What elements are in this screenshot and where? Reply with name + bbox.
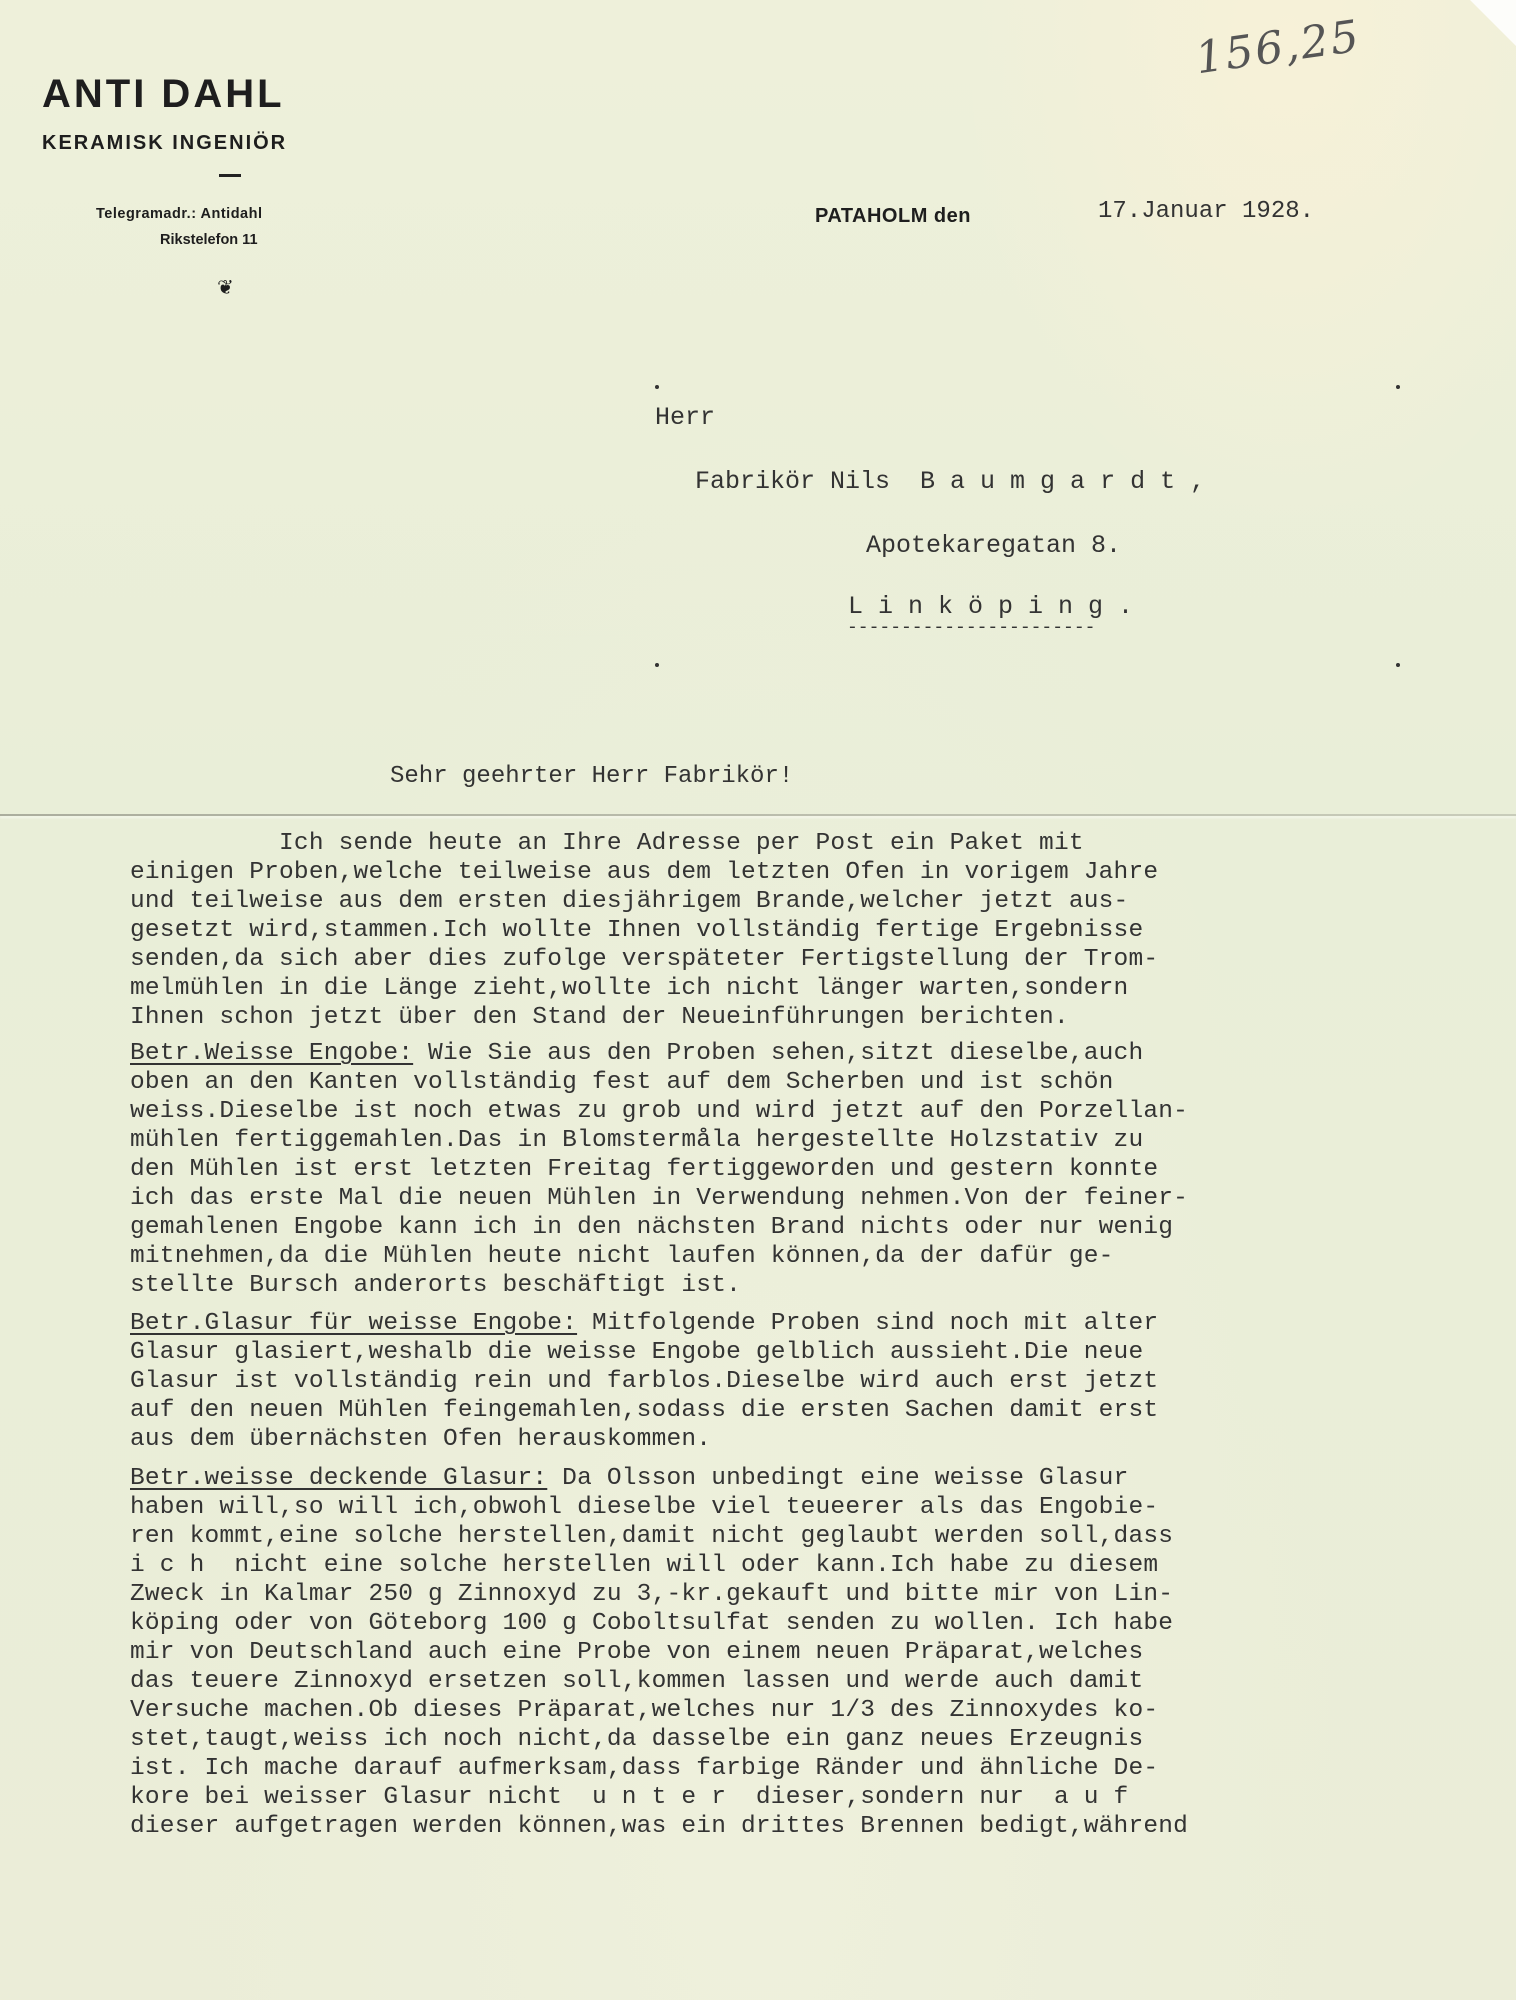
body-line: mitnehmen,da die Mühlen heute nicht lauf… (130, 1243, 1114, 1270)
body-line: Zweck in Kalmar 250 g Zinnoxyd zu 3,-kr.… (130, 1581, 1173, 1608)
body-line: Glasur glasiert,weshalb die weisse Engob… (130, 1339, 1143, 1366)
body-line: weiss.Dieselbe ist noch etwas zu grob un… (130, 1098, 1188, 1125)
body-line: gemahlenen Engobe kann ich in den nächst… (130, 1214, 1173, 1241)
pencil-annotation: 156,25 (1192, 11, 1363, 85)
recipient-city: L i n k ö p i n g . (848, 592, 1133, 621)
body-line: Versuche machen.Ob dieses Präparat,welch… (130, 1697, 1158, 1724)
recipient-street: Apotekaregatan 8. (866, 531, 1121, 560)
section-heading: Betr.Glasur für weisse Engobe: (130, 1310, 577, 1337)
body-line: i c h nicht eine solche herstellen will … (130, 1552, 1158, 1579)
recipient-salutation-title: Herr (655, 403, 715, 432)
place-label: PATAHOLM den (815, 205, 971, 228)
recipient-name: Fabrikör Nils B a u m g a r d t , (695, 467, 1205, 496)
body-line: ren kommt,eine solche herstellen,damit n… (130, 1523, 1173, 1550)
body-line: aus dem übernächsten Ofen herauskommen. (130, 1426, 711, 1453)
phone-number: Rikstelefon 11 (160, 232, 258, 248)
salutation: Sehr geehrter Herr Fabrikör! (390, 763, 793, 790)
body-line: dieser aufgetragen werden können,was ein… (130, 1813, 1188, 1840)
sender-title: KERAMISK INGENIÖR (42, 132, 287, 155)
body-line: auf den neuen Mühlen feingemahlen,sodass… (130, 1397, 1158, 1424)
body-line: Glasur ist vollständig rein und farblos.… (130, 1368, 1158, 1395)
torn-corner (1470, 0, 1516, 46)
section-heading: Betr.Weisse Engobe: (130, 1040, 413, 1067)
body-line: oben an den Kanten vollständig fest auf … (130, 1069, 1114, 1096)
body-line: köping oder von Göteborg 100 g Coboltsul… (130, 1610, 1173, 1637)
sender-name: ANTI DAHL (42, 72, 285, 117)
body-line: gesetzt wird,stammen.Ich wollte Ihnen vo… (130, 917, 1143, 944)
body-line: kore bei weisser Glasur nicht u n t e r … (130, 1784, 1128, 1811)
body-line: ich das erste Mal die neuen Mühlen in Ve… (130, 1185, 1188, 1212)
ornament-icon: ❦ (217, 275, 234, 300)
city-underline: ----------------------- (847, 618, 1095, 638)
body-line: ist. Ich mache darauf aufmerksam,dass fa… (130, 1755, 1158, 1782)
body-line: mir von Deutschland auch eine Probe von … (130, 1639, 1143, 1666)
body-line: stellte Bursch anderorts beschäftigt ist… (130, 1272, 741, 1299)
letter-date: 17.Januar 1928. (1098, 198, 1314, 225)
body-line: haben will,so will ich,obwohl dieselbe v… (130, 1494, 1158, 1521)
section-heading: Betr.weisse deckende Glasur: (130, 1465, 547, 1492)
section-glasur-weisse-engobe: Betr.Glasur für weisse Engobe: Mitfolgen… (130, 1310, 1158, 1337)
paper-fold-line (0, 814, 1516, 816)
body-line: melmühlen in die Länge zieht,wollte ich … (130, 975, 1128, 1002)
body-line: den Mühlen ist erst letzten Freitag fert… (130, 1156, 1158, 1183)
address-marker-dot (1396, 385, 1400, 389)
body-line: stet,taugt,weiss ich noch nicht,da dasse… (130, 1726, 1143, 1753)
address-marker-dot (1396, 663, 1400, 667)
body-line: das teuere Zinnoxyd ersetzen soll,kommen… (130, 1668, 1143, 1695)
body-line: Ich sende heute an Ihre Adresse per Post… (130, 830, 1084, 857)
body-line: mühlen fertiggemahlen.Das in Blomstermål… (130, 1127, 1143, 1154)
section-weisse-engobe: Betr.Weisse Engobe: Wie Sie aus den Prob… (130, 1040, 1143, 1067)
address-marker-dot (655, 385, 659, 389)
body-line: Ihnen schon jetzt über den Stand der Neu… (130, 1004, 1069, 1031)
body-line: und teilweise aus dem ersten diesjährige… (130, 888, 1128, 915)
body-line: senden,da sich aber dies zufolge verspät… (130, 946, 1158, 973)
body-line: einigen Proben,welche teilweise aus dem … (130, 859, 1158, 886)
section-deckende-glasur: Betr.weisse deckende Glasur: Da Olsson u… (130, 1465, 1128, 1492)
telegram-address: Telegramadr.: Antidahl (96, 206, 263, 222)
letterhead-divider (219, 174, 241, 177)
address-marker-dot (655, 663, 659, 667)
